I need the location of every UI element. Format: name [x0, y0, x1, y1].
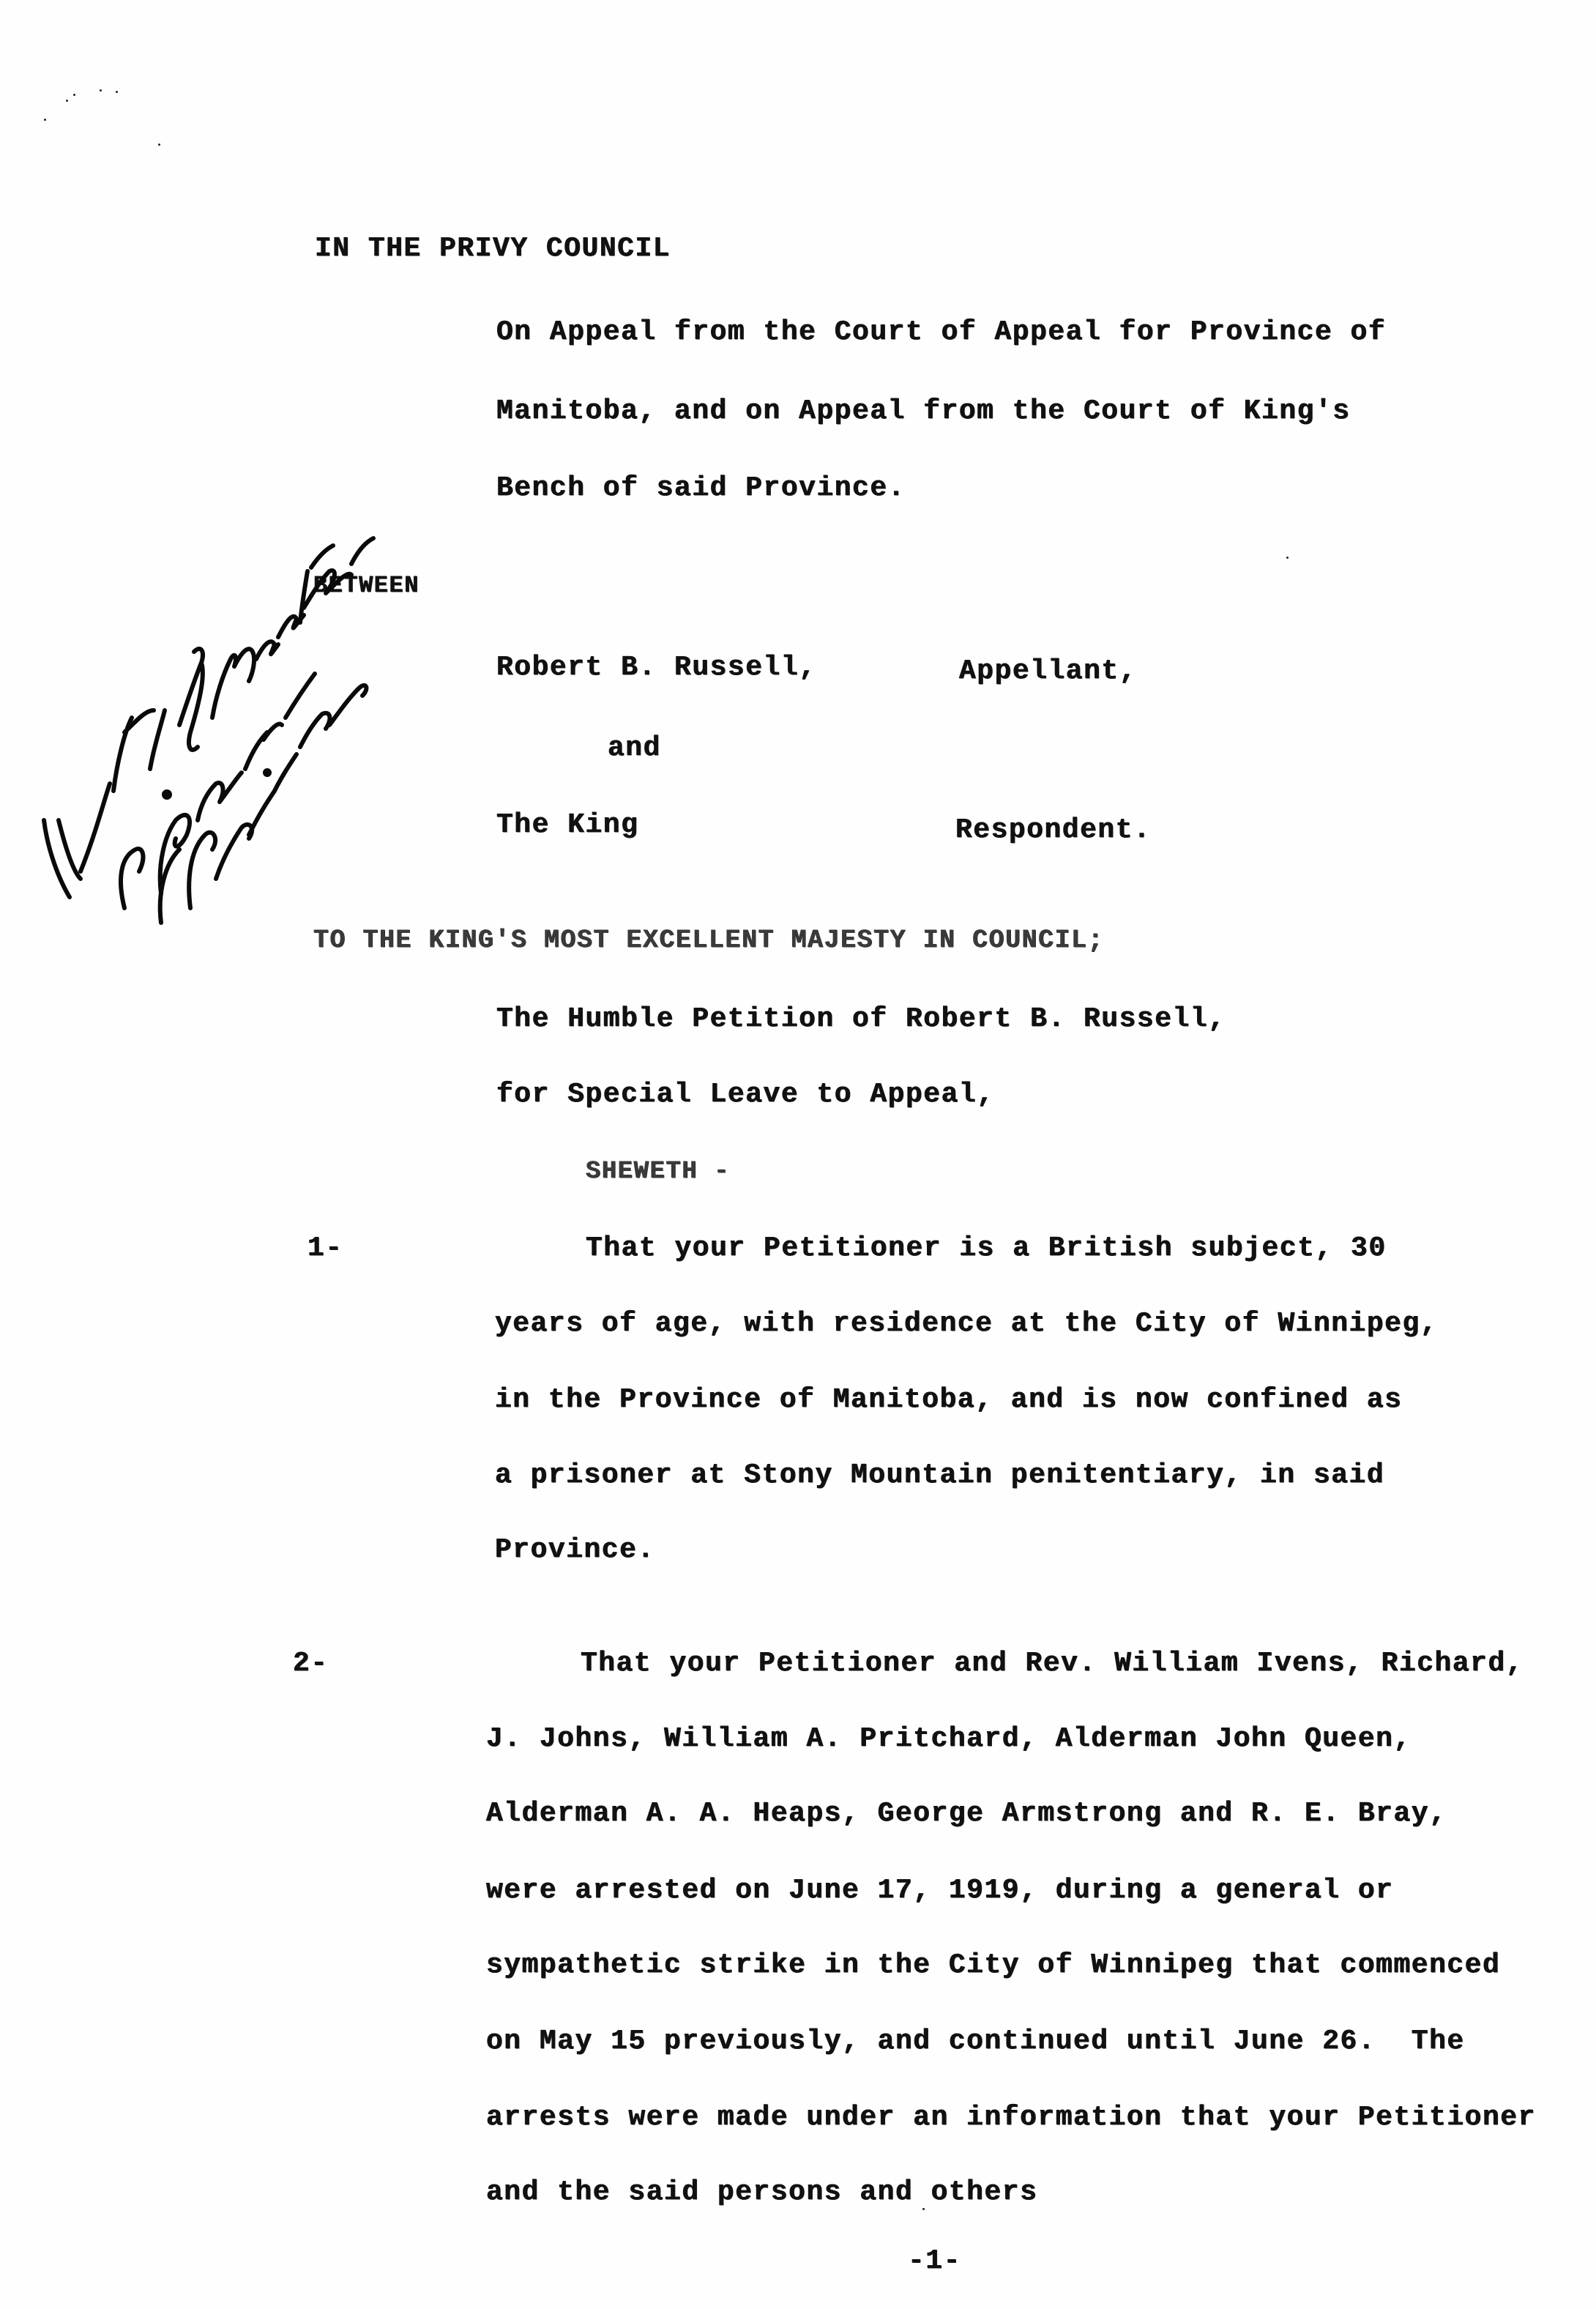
- respondent-name: The King: [496, 809, 638, 841]
- appeal-line: Bench of said Province.: [496, 472, 906, 505]
- paragraph-line: in the Province of Manitoba, and is now …: [495, 1384, 1403, 1416]
- appellant-name: Robert B. Russell,: [496, 652, 816, 684]
- paragraph-line: sympathetic strike in the City of Winnip…: [486, 1949, 1500, 1982]
- paragraph-line: arrests were made under an information t…: [486, 2102, 1536, 2134]
- paragraph-number: 2-: [293, 1648, 329, 1680]
- scan-speck: [1286, 557, 1289, 559]
- appeal-line: On Appeal from the Court of Appeal for P…: [496, 316, 1386, 349]
- handwritten-signature: [15, 439, 425, 937]
- appeal-line: Manitoba, and on Appeal from the Court o…: [496, 395, 1351, 428]
- page-number: -1-: [908, 2245, 961, 2278]
- paragraph-line: a prisoner at Stony Mountain penitentiar…: [495, 1460, 1384, 1492]
- paragraph-line: and the said persons and others: [486, 2176, 1037, 2209]
- appellant-role: Appellant,: [959, 655, 1137, 688]
- scan-speck: [44, 119, 46, 121]
- court-heading: IN THE PRIVY COUNCIL: [315, 233, 671, 265]
- scan-speck: [66, 100, 68, 102]
- paragraph-number: 1-: [307, 1232, 343, 1265]
- paragraph-line: Province.: [495, 1534, 655, 1566]
- paragraph-line: J. Johns, William A. Pritchard, Alderman…: [486, 1723, 1412, 1755]
- sheweth-label: SHEWETH -: [586, 1156, 730, 1188]
- petition-line: for Special Leave to Appeal,: [496, 1079, 995, 1111]
- paragraph-line: That your Petitioner and Rev. William Iv…: [581, 1648, 1524, 1680]
- document-page: IN THE PRIVY COUNCIL On Appeal from the …: [0, 0, 1596, 2309]
- scan-speck: [100, 89, 102, 92]
- parties-conjunction: and: [608, 732, 661, 765]
- paragraph-line: on May 15 previously, and continued unti…: [486, 2026, 1465, 2058]
- scan-speck: [73, 94, 75, 96]
- address-line: TO THE KING'S MOST EXCELLENT MAJESTY IN …: [313, 924, 1104, 956]
- respondent-role: Respondent.: [955, 814, 1151, 847]
- scan-speck: [158, 144, 160, 146]
- petition-line: The Humble Petition of Robert B. Russell…: [496, 1003, 1226, 1035]
- paragraph-line: years of age, with residence at the City…: [495, 1308, 1438, 1340]
- scan-speck: [922, 2208, 925, 2210]
- paragraph-line: were arrested on June 17, 1919, during a…: [486, 1875, 1394, 1907]
- paragraph-line: That your Petitioner is a British subjec…: [586, 1232, 1387, 1265]
- scan-speck: [116, 91, 118, 93]
- paragraph-line: Alderman A. A. Heaps, George Armstrong a…: [486, 1798, 1447, 1830]
